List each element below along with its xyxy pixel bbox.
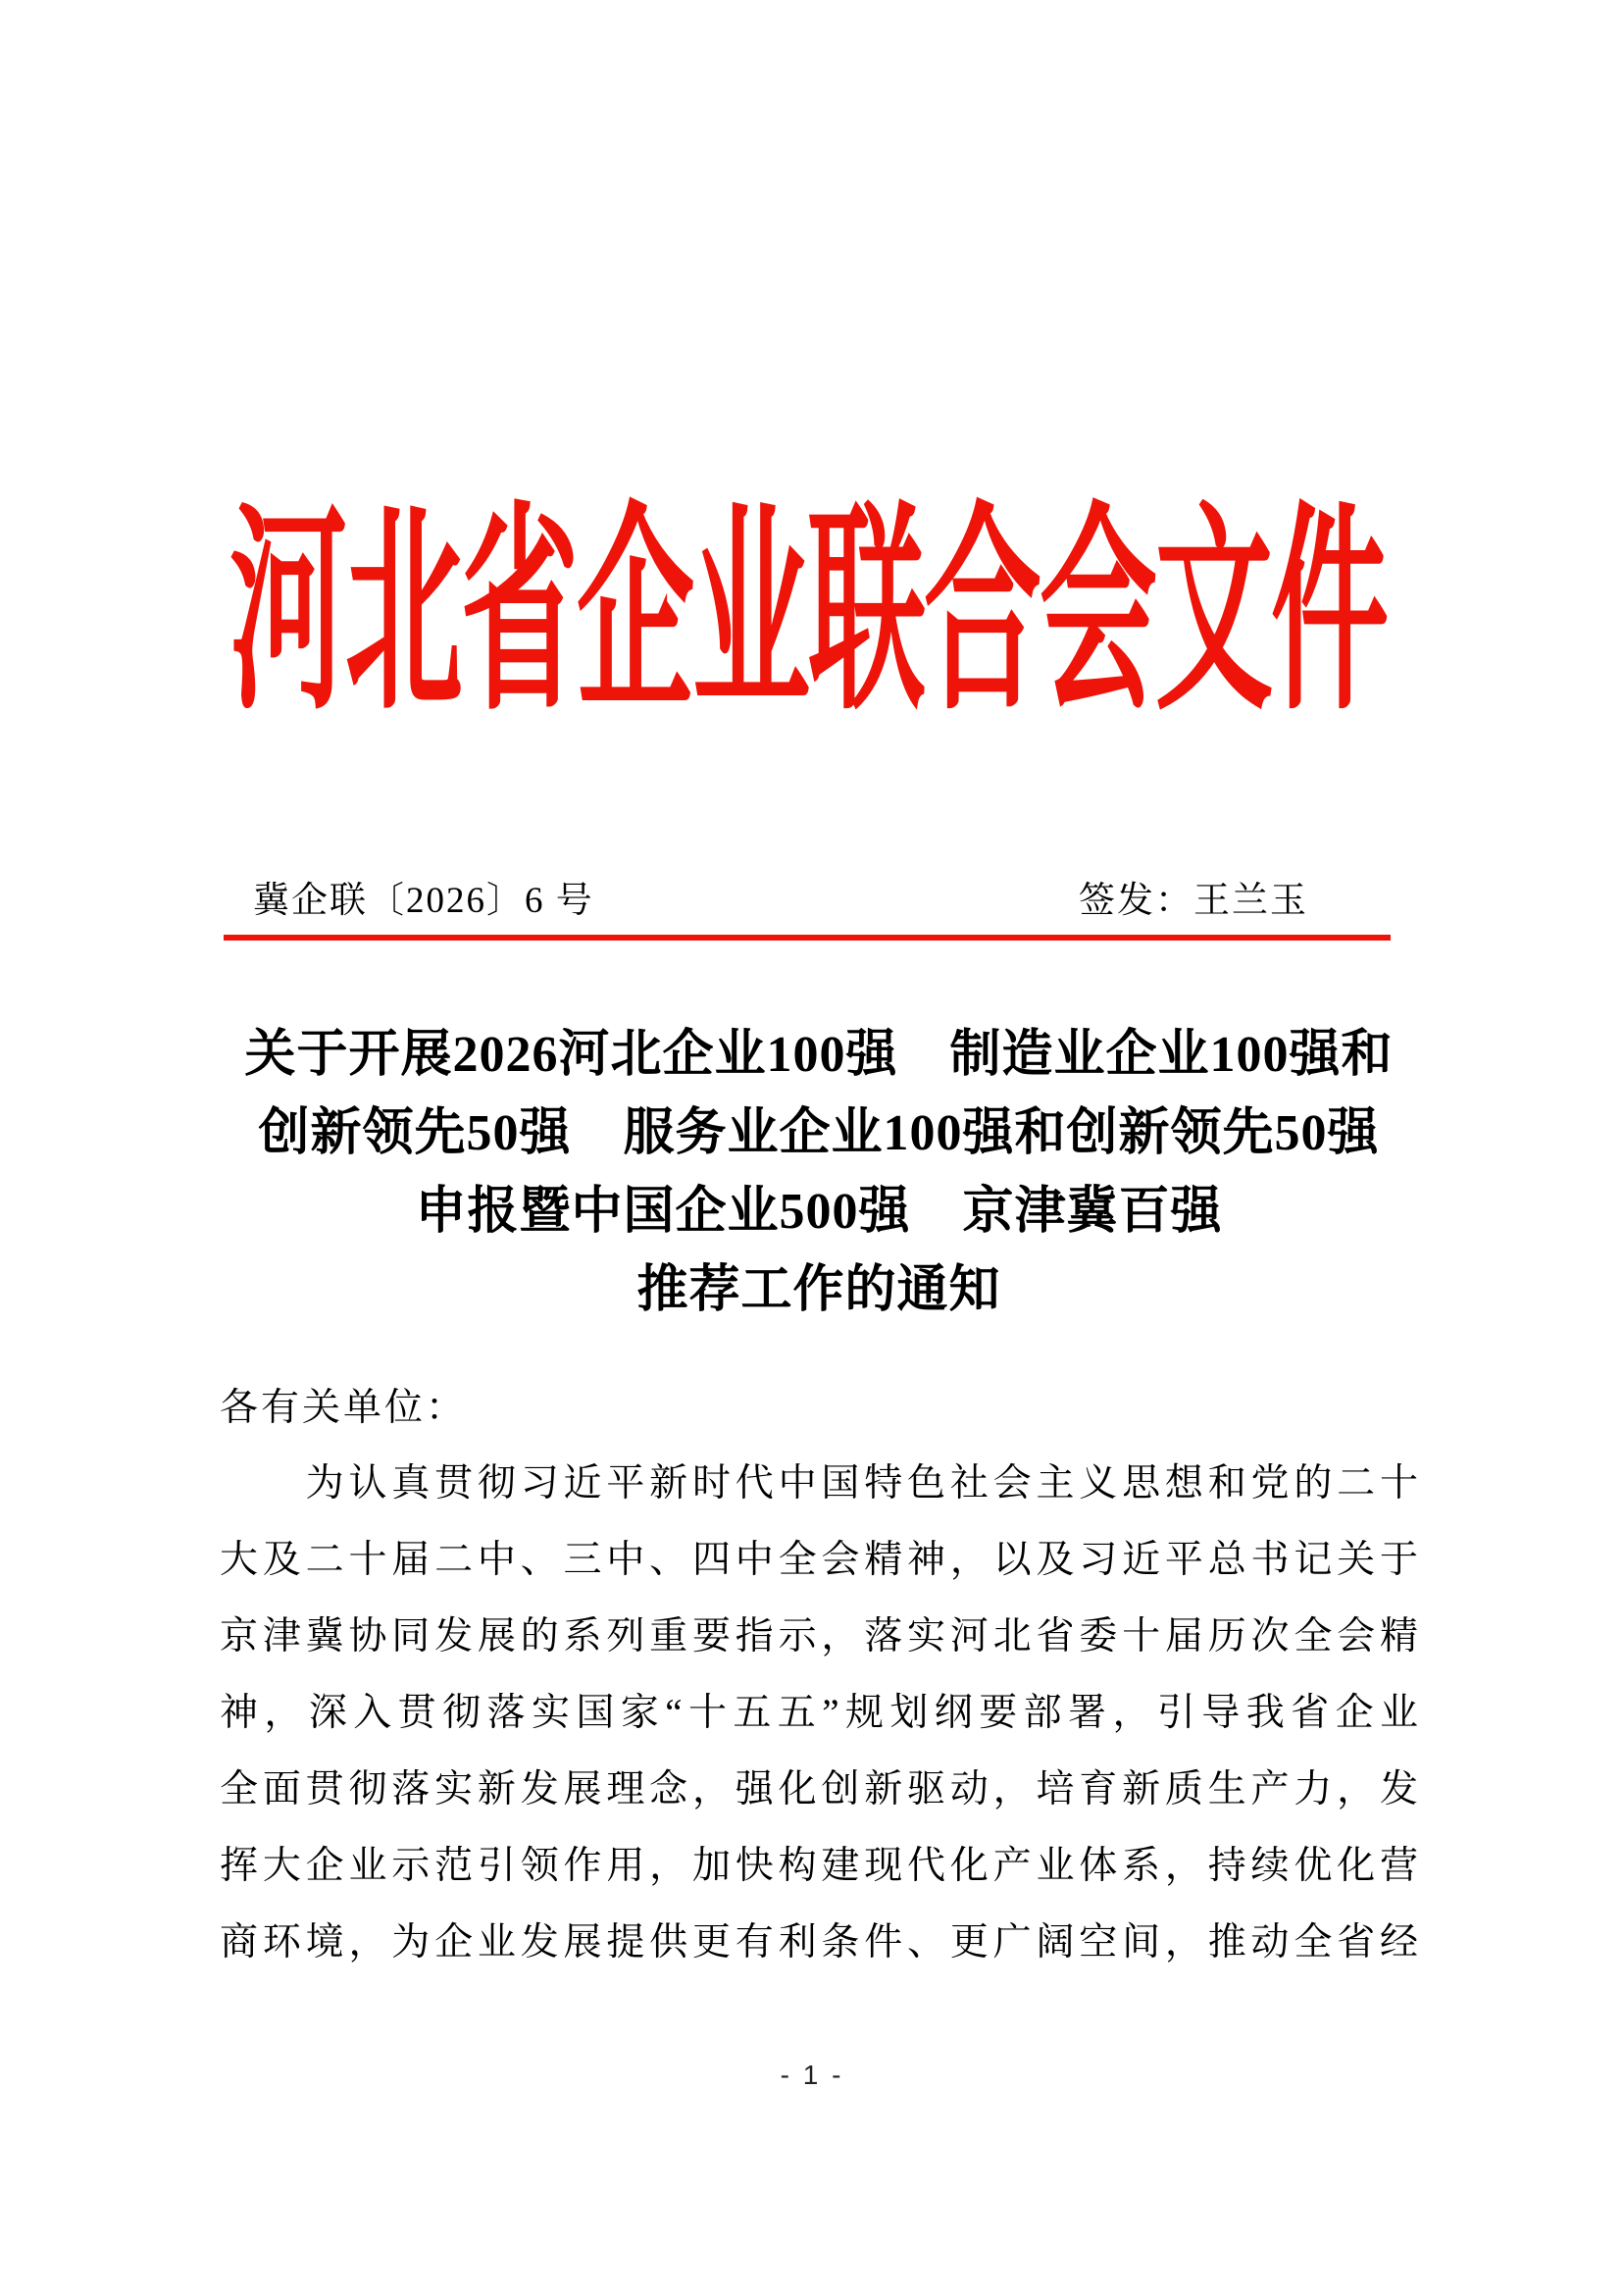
issuer-signoff: 签发：王兰玉: [1079, 880, 1308, 923]
body-paragraph: 为认真贯彻习近平新时代中国特色社会主义思想和党的二十 大及二十届二中、三中、四中…: [220, 1446, 1418, 1981]
document-number: 冀企联〔2026〕6 号: [253, 880, 594, 923]
organization-banner-title: 河北省企业联合会文件: [229, 503, 1387, 725]
body-line: 为认真贯彻习近平新时代中国特色社会主义思想和党的二十: [220, 1446, 1418, 1522]
docinfo-row: 冀企联〔2026〕6 号 签发：王兰玉: [253, 880, 1308, 923]
page-number: - 1 -: [0, 2060, 1624, 2091]
body-line: 商环境，为企业发展提供更有利条件、更广阔空间，推动全省经: [220, 1905, 1418, 1981]
title-line-4: 推荐工作的通知: [220, 1251, 1418, 1330]
salutation: 各有关单位：: [220, 1387, 467, 1430]
body-line: 全面贯彻落实新发展理念，强化创新驱动，培育新质生产力，发: [220, 1752, 1418, 1828]
body-line: 神，深入贯彻落实国家“十五五”规划纲要部署，引导我省企业: [220, 1675, 1418, 1752]
body-line: 大及二十届二中、三中、四中全会精神，以及习近平总书记关于: [220, 1522, 1418, 1599]
body-line: 挥大企业示范引领作用，加快构建现代化产业体系，持续优化营: [220, 1828, 1418, 1905]
red-header-banner: 河北省企业联合会文件: [224, 495, 1393, 733]
red-divider-line: [224, 935, 1391, 941]
title-line-2: 创新领先50强 服务业企业100强和创新领先50强: [220, 1095, 1418, 1173]
title-line-1: 关于开展2026河北企业100强 制造业企业100强和: [220, 1016, 1418, 1095]
document-page: 河北省企业联合会文件 冀企联〔2026〕6 号 签发：王兰玉 关于开展2026河…: [0, 0, 1624, 2294]
title-line-3: 申报暨中国企业500强 京津冀百强: [220, 1173, 1418, 1251]
document-title: 关于开展2026河北企业100强 制造业企业100强和 创新领先50强 服务业企…: [220, 1016, 1418, 1330]
body-line: 京津冀协同发展的系列重要指示，落实河北省委十届历次全会精: [220, 1599, 1418, 1675]
